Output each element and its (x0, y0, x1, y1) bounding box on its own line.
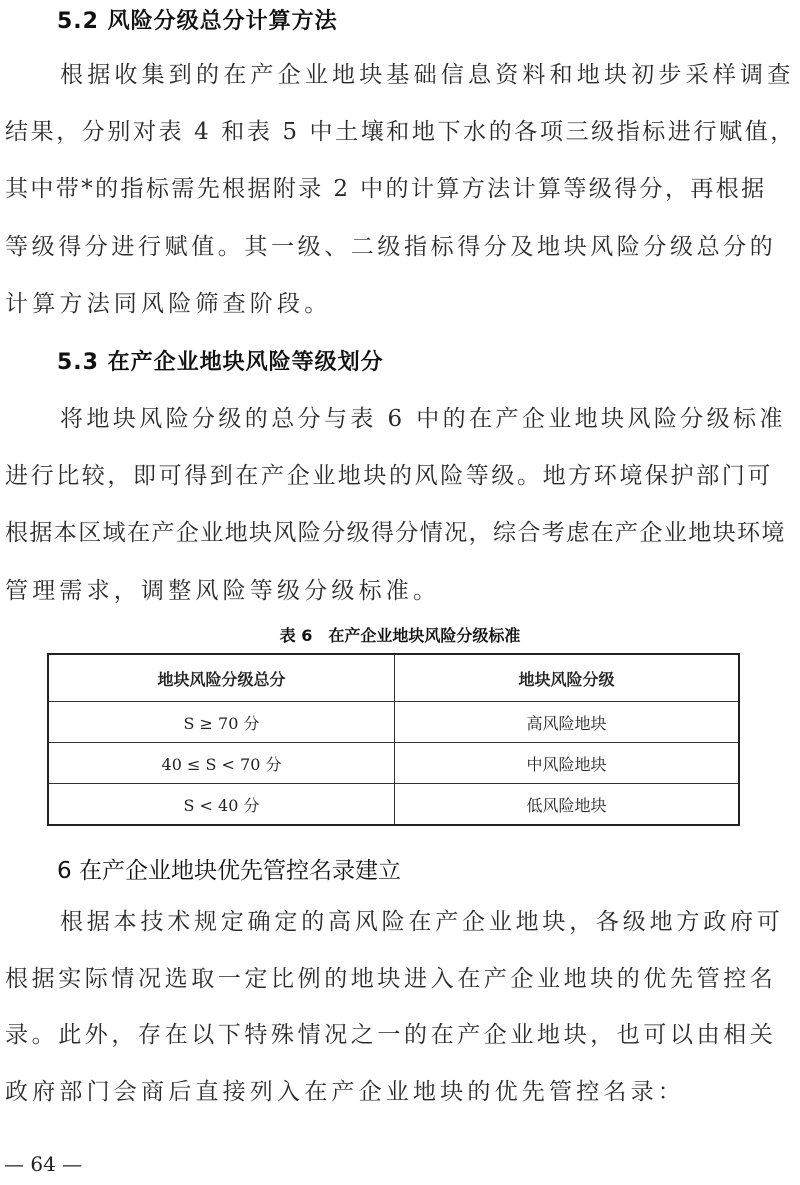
page-number: — 64 — (4, 1152, 82, 1176)
section-heading-5-3: 5.3 在产企业地块风险等级划分 (57, 345, 384, 376)
table-header-row: 地块风险分级总分 地块风险分级 (48, 654, 739, 702)
score-range-cell: S < 40 分 (48, 784, 395, 826)
paragraph-line: 其中带*的指标需先根据附录 2 中的计算方法计算等级得分，再根据 (5, 174, 767, 204)
paragraph-line: 根据实际情况选取一定比例的地块进入在产企业地块的优先管控名 (5, 964, 776, 994)
paragraph-line: 管理需求，调整风险等级分级标准。 (5, 576, 440, 606)
paragraph-line: 根据收集到的在产企业地块基础信息资料和地块初步采样调查 (60, 60, 794, 90)
risk-level-cell: 中风险地块 (395, 743, 740, 784)
paragraph-line: 等级得分进行赋值。其一级、二级指标得分及地块风险分级总分的 (5, 232, 776, 262)
paragraph-line: 结果，分别对表 4 和表 5 中土壤和地下水的各项三级指标进行赋值， (5, 117, 796, 147)
table-caption: 表 6 在产企业地块风险分级标准 (0, 623, 800, 646)
risk-level-cell: 低风险地块 (395, 784, 740, 826)
paragraph-line: 政府部门会商后直接列入在产企业地块的优先管控名录： (5, 1077, 685, 1107)
section-heading-6: 6 在产企业地块优先管控名录建立 (57, 852, 401, 885)
table-row: S ≥ 70 分 高风险地块 (48, 702, 739, 743)
paragraph-line: 根据本技术规定确定的高风险在产企业地块，各级地方政府可 (60, 907, 784, 937)
column-header-total-score: 地块风险分级总分 (48, 654, 395, 702)
table-row: S < 40 分 低风险地块 (48, 784, 739, 826)
score-range-cell: 40 ≤ S < 70 分 (48, 743, 395, 784)
score-range-cell: S ≥ 70 分 (48, 702, 395, 743)
risk-classification-table: 地块风险分级总分 地块风险分级 S ≥ 70 分 高风险地块 40 ≤ S < … (47, 653, 740, 826)
paragraph-line: 根据本区域在产企业地块风险分级得分情况，综合考虑在产企业地块环境 (5, 518, 786, 548)
paragraph-line: 录。此外，存在以下特殊情况之一的在产企业地块，也可以由相关 (5, 1020, 776, 1050)
table-row: 40 ≤ S < 70 分 中风险地块 (48, 743, 739, 784)
paragraph-line: 将地块风险分级的总分与表 6 中的在产企业地块风险分级标准 (60, 404, 786, 434)
risk-level-cell: 高风险地块 (395, 702, 740, 743)
paragraph-line: 计算方法同风险筛查阶段。 (5, 289, 331, 319)
section-heading-5-2: 5.2 风险分级总分计算方法 (57, 4, 338, 35)
column-header-risk-level: 地块风险分级 (395, 654, 740, 702)
paragraph-line: 进行比较，即可得到在产企业地块的风险等级。地方环境保护部门可 (5, 461, 773, 491)
